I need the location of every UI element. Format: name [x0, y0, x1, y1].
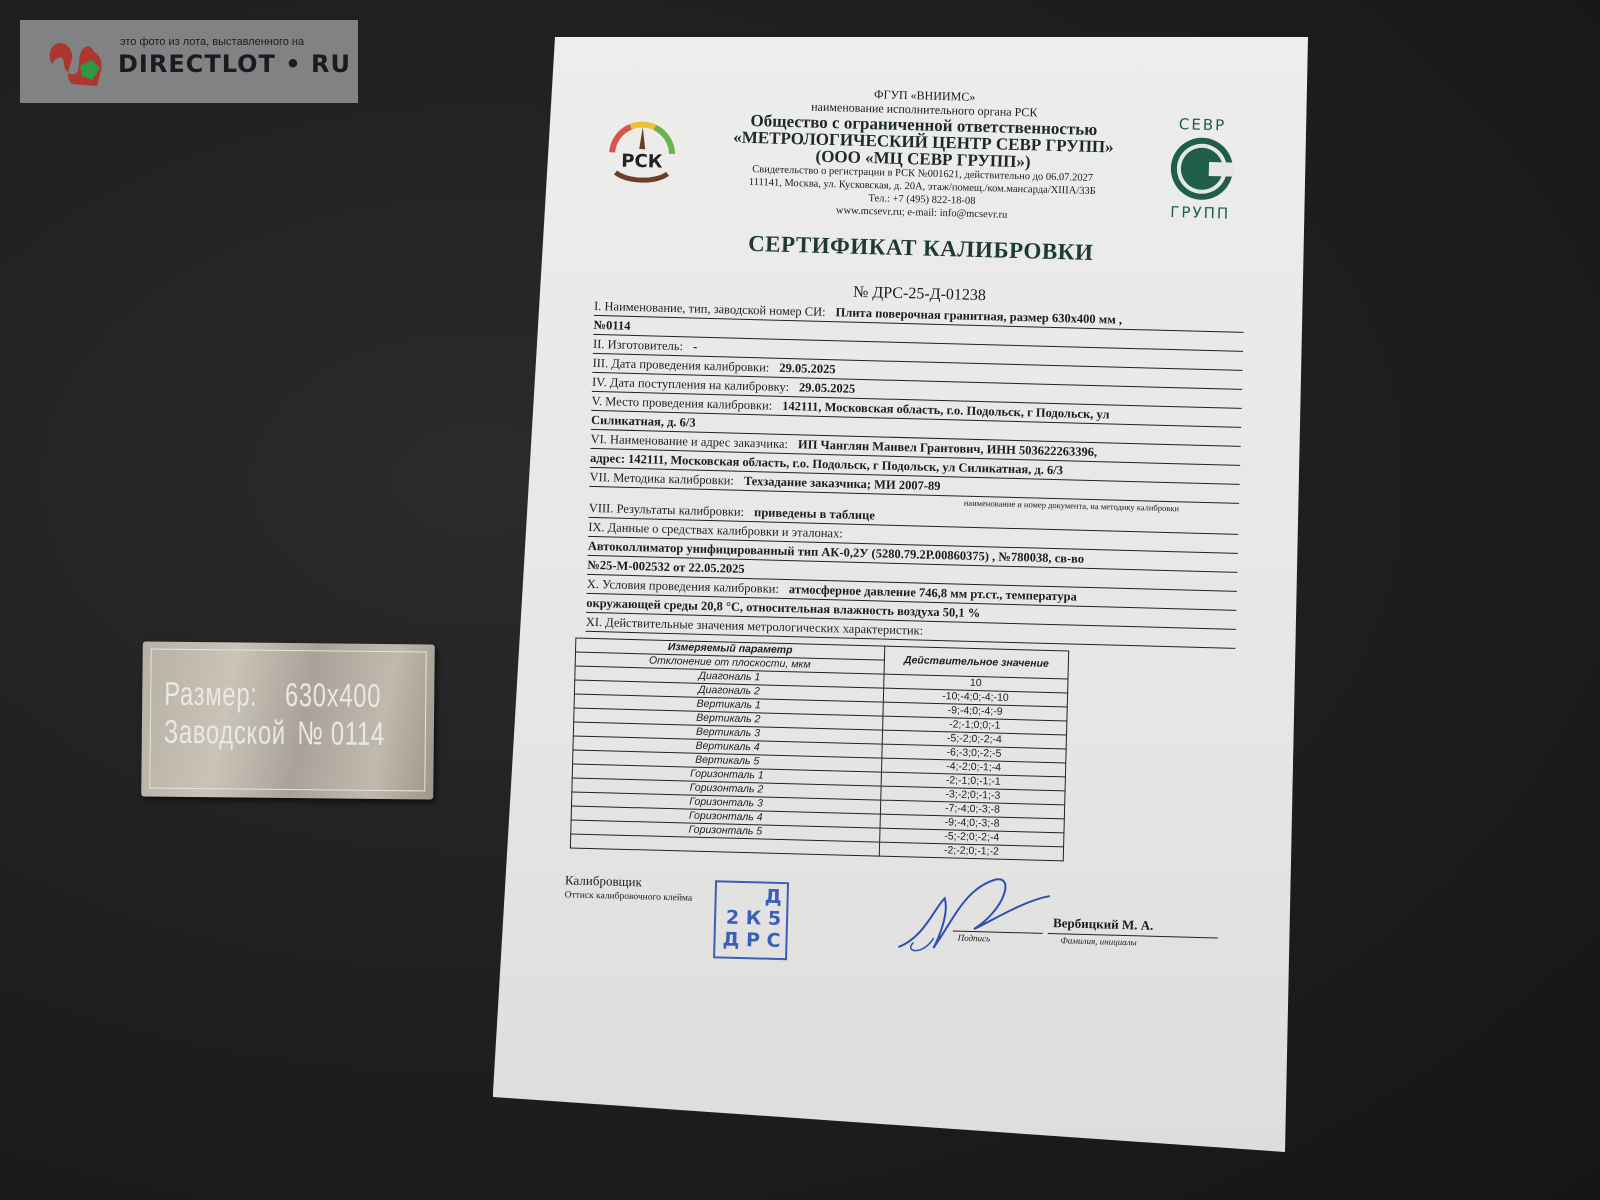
sevr-logo-top: СЕВР	[1165, 115, 1240, 135]
results-table: Измеряемый параметр Действительное значе…	[570, 638, 1069, 862]
watermark-banner: это фото из лота, выставленного на DIREC…	[20, 20, 358, 103]
sevr-c-icon	[1168, 135, 1236, 203]
rsk-logo-icon: РСК	[601, 114, 683, 186]
plate-size-value: 630x400	[285, 676, 382, 714]
field-value: Техзадание заказчика; МИ 2007-89	[744, 474, 941, 493]
field-label: VIII. Результаты калибровки:	[589, 501, 745, 519]
stamp-label: Оттиск калибровочного клейма	[565, 890, 693, 903]
calibrator-name: Вербицкий М. А.	[1053, 915, 1154, 934]
calibrator-role: Калибровщик	[565, 872, 642, 890]
field-label: V. Место проведения калибровки:	[591, 394, 772, 413]
calibration-stamp: Д 2 К 5 Д Р С	[713, 880, 789, 960]
sevr-logo: СЕВР ГРУПП	[1163, 115, 1241, 223]
plate-serial-value: № 0114	[297, 714, 385, 752]
field-label: VII. Методика калибровки:	[589, 470, 734, 488]
field-label: VI. Наименование и адрес заказчика:	[590, 432, 788, 451]
squirrel-logo-icon	[42, 34, 112, 94]
field-label: X. Условия проведения калибровки:	[587, 577, 779, 596]
certificate-fields: I. Наименование, тип, заводской номер СИ…	[586, 297, 1245, 649]
serial-plate: Размер:630x400 Заводской№ 0114	[141, 641, 435, 799]
field-value: 29.05.2025	[799, 380, 856, 395]
certificate: РСК СЕВР ГРУПП ФГУП «ВНИИМС» наименовани…	[577, 80, 1250, 986]
field-value: приведены в таблице	[754, 505, 875, 522]
svg-text:РСК: РСК	[621, 151, 663, 173]
signature-icon	[893, 867, 1055, 961]
field-value: -	[693, 340, 698, 354]
sevr-logo-bottom: ГРУПП	[1163, 203, 1238, 223]
watermark-tagline: это фото из лота, выставленного на	[120, 36, 304, 48]
signature-block: Калибровщик Оттиск калибровочного клейма…	[577, 859, 1230, 986]
field-label: IV. Дата поступления на калибровку:	[592, 375, 789, 394]
plate-serial-label: Заводской	[164, 713, 286, 751]
certificate-title: СЕРТИФИКАТ КАЛИБРОВКИ	[595, 227, 1245, 270]
plate-size-label: Размер:	[164, 675, 258, 713]
field-label: III. Дата проведения калибровки:	[592, 356, 769, 375]
field-label: II. Изготовитель:	[593, 337, 683, 353]
signature-caption: Подпись	[958, 933, 991, 944]
field-value: 29.05.2025	[779, 361, 836, 376]
watermark-brand: DIRECTLOT • RU	[118, 50, 351, 78]
name-caption: Фамилия, инициалы	[1061, 935, 1137, 947]
